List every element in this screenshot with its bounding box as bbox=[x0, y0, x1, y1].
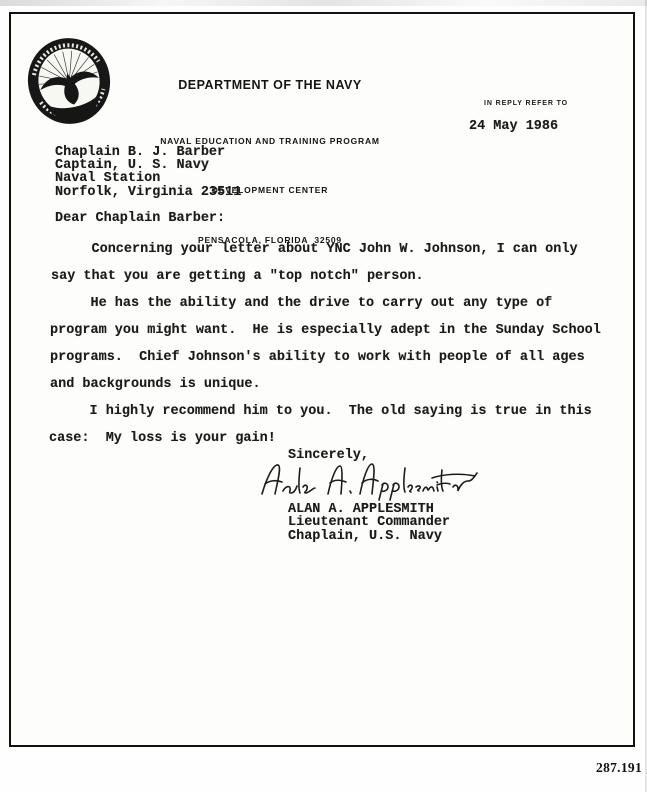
body-paragraph-3: I highly recommend him to you. The old s… bbox=[49, 398, 592, 452]
letterhead-org-name: DEPARTMENT OF THE NAVY bbox=[128, 78, 412, 92]
body-paragraph-1: Concerning your letter about YNC John W.… bbox=[51, 236, 578, 290]
letter-date: 24 May 1986 bbox=[469, 119, 558, 134]
department-seal-icon bbox=[24, 34, 114, 128]
scan-artifact-top bbox=[0, 0, 647, 6]
signature-script bbox=[256, 456, 478, 502]
scanned-letter-page: DEPARTMENT OF THE NAVY NAVAL EDUCATION A… bbox=[0, 0, 647, 792]
signature-block: ALAN A. APPLESMITH Lieutenant Commander … bbox=[288, 503, 450, 543]
in-reply-refer-to-label: IN REPLY REFER TO bbox=[484, 100, 568, 107]
recipient-address: Chaplain B. J. Barber Captain, U. S. Nav… bbox=[55, 146, 241, 199]
figure-number: 287.191 bbox=[596, 760, 642, 776]
letterhead-program-line: NAVAL EDUCATION AND TRAINING PROGRAM bbox=[128, 136, 412, 146]
body-paragraph-2: He has the ability and the drive to carr… bbox=[50, 290, 601, 398]
salutation: Dear Chaplain Barber: bbox=[55, 211, 225, 226]
